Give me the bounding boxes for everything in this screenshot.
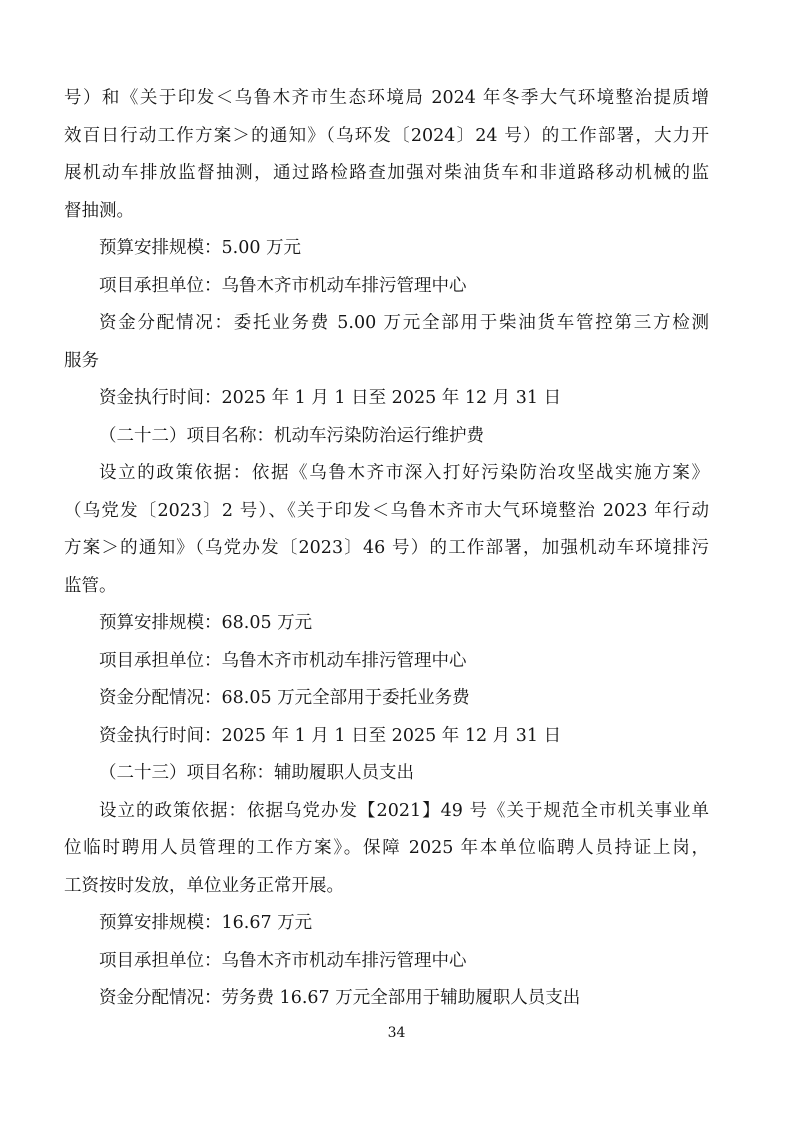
- text-line: （乌党发〔2023〕2 号）、《关于印发＜乌鲁木齐市大气环境整治 2023 年行…: [64, 493, 709, 531]
- document-page: 号）和《关于印发＜乌鲁木齐市生态环境局 2024 年冬季大气环境整治提质增效百日…: [0, 0, 793, 1122]
- text-line: 工资按时发放，单位业务正常开展。: [64, 868, 709, 906]
- text-line: 服务: [64, 343, 709, 381]
- text-line: 资金执行时间：2025 年 1 月 1 日至 2025 年 12 月 31 日: [64, 380, 709, 418]
- text-line: 督抽测。: [64, 193, 709, 231]
- text-line: 资金分配情况：委托业务费 5.00 万元全部用于柴油货车管控第三方检测: [64, 305, 709, 343]
- text-line: 资金分配情况：68.05 万元全部用于委托业务费: [64, 680, 709, 718]
- text-line: 预算安排规模：16.67 万元: [64, 905, 709, 943]
- text-line: 监管。: [64, 568, 709, 606]
- text-line: 位临时聘用人员管理的工作方案》。保障 2025 年本单位临聘人员持证上岗，: [64, 830, 709, 868]
- text-line: 设立的政策依据：依据《乌鲁木齐市深入打好污染防治攻坚战实施方案》: [64, 455, 709, 493]
- text-line: 资金分配情况：劳务费 16.67 万元全部用于辅助履职人员支出: [64, 980, 709, 1018]
- text-line: 设立的政策依据：依据乌党办发【2021】49 号《关于规范全市机关事业单: [64, 793, 709, 831]
- text-line: 项目承担单位：乌鲁木齐市机动车排污管理中心: [64, 268, 709, 306]
- text-line: 展机动车排放监督抽测，通过路检路查加强对柴油货车和非道路移动机械的监: [64, 155, 709, 193]
- text-line: 预算安排规模：5.00 万元: [64, 230, 709, 268]
- page-number: 34: [0, 1023, 793, 1043]
- text-line: （二十三）项目名称：辅助履职人员支出: [64, 755, 709, 793]
- text-line: 方案＞的通知》（乌党办发〔2023〕46 号）的工作部署，加强机动车环境排污: [64, 530, 709, 568]
- document-body: 号）和《关于印发＜乌鲁木齐市生态环境局 2024 年冬季大气环境整治提质增效百日…: [64, 80, 709, 1018]
- text-line: 预算安排规模：68.05 万元: [64, 605, 709, 643]
- text-line: 资金执行时间：2025 年 1 月 1 日至 2025 年 12 月 31 日: [64, 718, 709, 756]
- text-line: 项目承担单位：乌鲁木齐市机动车排污管理中心: [64, 643, 709, 681]
- text-line: 效百日行动工作方案＞的通知》（乌环发〔2024〕24 号）的工作部署，大力开: [64, 118, 709, 156]
- text-line: 项目承担单位：乌鲁木齐市机动车排污管理中心: [64, 943, 709, 981]
- text-line: 号）和《关于印发＜乌鲁木齐市生态环境局 2024 年冬季大气环境整治提质增: [64, 80, 709, 118]
- text-line: （二十二）项目名称：机动车污染防治运行维护费: [64, 418, 709, 456]
